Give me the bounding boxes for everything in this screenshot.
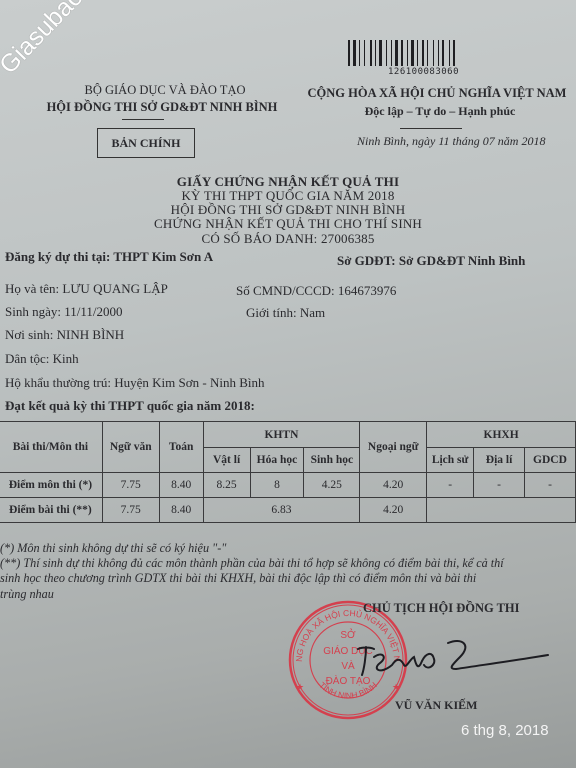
svg-text:★: ★	[296, 682, 304, 692]
photo-timestamp: 6 thg 8, 2018	[461, 722, 549, 739]
candidate-name: Họ và tên: LƯU QUANG LẬP	[5, 281, 168, 297]
score-chemistry: 8	[250, 473, 304, 498]
footnote-2: (**) Thí sinh dự thi không đủ các môn th…	[0, 556, 504, 571]
test-foreign-language: 4.20	[360, 498, 427, 523]
ministry-name: BỘ GIÁO DỤC VÀ ĐÀO TẠO	[40, 83, 290, 98]
national-motto: Độc lập – Tự do – Hạnh phúc	[340, 104, 540, 119]
header-literature: Ngữ văn	[102, 422, 159, 473]
header-biology: Sinh học	[304, 448, 360, 473]
score-foreign-language: 4.20	[360, 473, 427, 498]
test-khtn: 6.83	[203, 498, 360, 523]
footnote-2-cont: sinh học theo chương trình GDTX thi bài …	[0, 571, 476, 586]
gender: Giới tính: Nam	[246, 305, 325, 321]
date-of-birth: Sinh ngày: 11/11/2000	[5, 304, 122, 320]
score-physics: 8.25	[203, 473, 250, 498]
education-department: Sở GDĐT: Sở GD&ĐT Ninh Bình	[337, 253, 525, 269]
score-table: Bài thi/Môn thi Ngữ văn Toán KHTN Ngoại …	[0, 421, 576, 523]
header-math: Toán	[159, 422, 203, 473]
place-date: Ninh Bình, ngày 11 tháng 07 năm 2018	[357, 134, 545, 149]
header-history: Lịch sử	[427, 448, 474, 473]
header-subject: Bài thi/Môn thi	[0, 422, 102, 473]
barcode	[348, 40, 508, 66]
ethnicity: Dân tộc: Kinh	[5, 351, 79, 367]
header-geography: Địa lí	[474, 448, 525, 473]
header-foreign-language: Ngoại ngữ	[360, 422, 427, 473]
score-literature: 7.75	[102, 473, 159, 498]
score-civics: -	[524, 473, 575, 498]
divider	[400, 128, 462, 129]
header-physics: Vật lí	[203, 448, 250, 473]
score-history: -	[427, 473, 474, 498]
divider	[122, 119, 164, 120]
score-math: 8.40	[159, 473, 203, 498]
certify-line: CHỨNG NHẬN KẾT QUẢ THI CHO THÍ SINH	[0, 216, 576, 232]
score-geography: -	[474, 473, 525, 498]
footnote-1: (*) Môn thi sinh không dự thi sẽ có ký h…	[0, 541, 226, 556]
table-row: Điểm môn thi (*) 7.75 8.40 8.25 8 4.25 4…	[0, 473, 576, 498]
footnote-2-end: trùng nhau	[0, 587, 54, 602]
permanent-residence: Hộ khẩu thường trú: Huyện Kim Sơn - Ninh…	[5, 375, 264, 391]
header-civics: GDCD	[524, 448, 575, 473]
row-label: Điểm bài thi (**)	[0, 498, 102, 523]
test-math: 8.40	[159, 498, 203, 523]
score-biology: 4.25	[304, 473, 360, 498]
header-khtn: KHTN	[203, 422, 360, 448]
chairman-name: VŨ VĂN KIẾM	[395, 698, 477, 713]
test-literature: 7.75	[102, 498, 159, 523]
original-copy-label: BẢN CHÍNH	[97, 128, 195, 158]
registered-school: Đăng ký dự thi tại: THPT Kim Sơn A	[5, 249, 213, 265]
header-khxh: KHXH	[427, 422, 576, 448]
country-name: CỘNG HÒA XÃ HỘI CHỦ NGHĨA VIỆT NAM	[302, 86, 572, 101]
row-label: Điểm môn thi (*)	[0, 473, 102, 498]
results-heading: Đạt kết quả kỳ thi THPT quốc gia năm 201…	[5, 398, 255, 414]
id-number: Số CMND/CCCD: 164673976	[236, 283, 396, 299]
chairman-title: CHỦ TỊCH HỘI ĐỒNG THI	[363, 601, 520, 616]
watermark: Giasubaochau.net	[0, 0, 156, 80]
table-row: Điểm bài thi (**) 7.75 8.40 6.83 4.20	[0, 498, 576, 523]
signature-icon	[352, 635, 552, 685]
header-chemistry: Hóa học	[250, 448, 304, 473]
place-of-birth: Nơi sinh: NINH BÌNH	[5, 327, 124, 343]
exam-council-name: HỘI ĐỒNG THI SỞ GD&ĐT NINH BÌNH	[22, 100, 302, 115]
candidate-number: CÓ SỐ BÁO DANH: 27006385	[0, 231, 576, 247]
barcode-number: 126100083060	[388, 67, 459, 77]
test-khxh	[427, 498, 576, 523]
